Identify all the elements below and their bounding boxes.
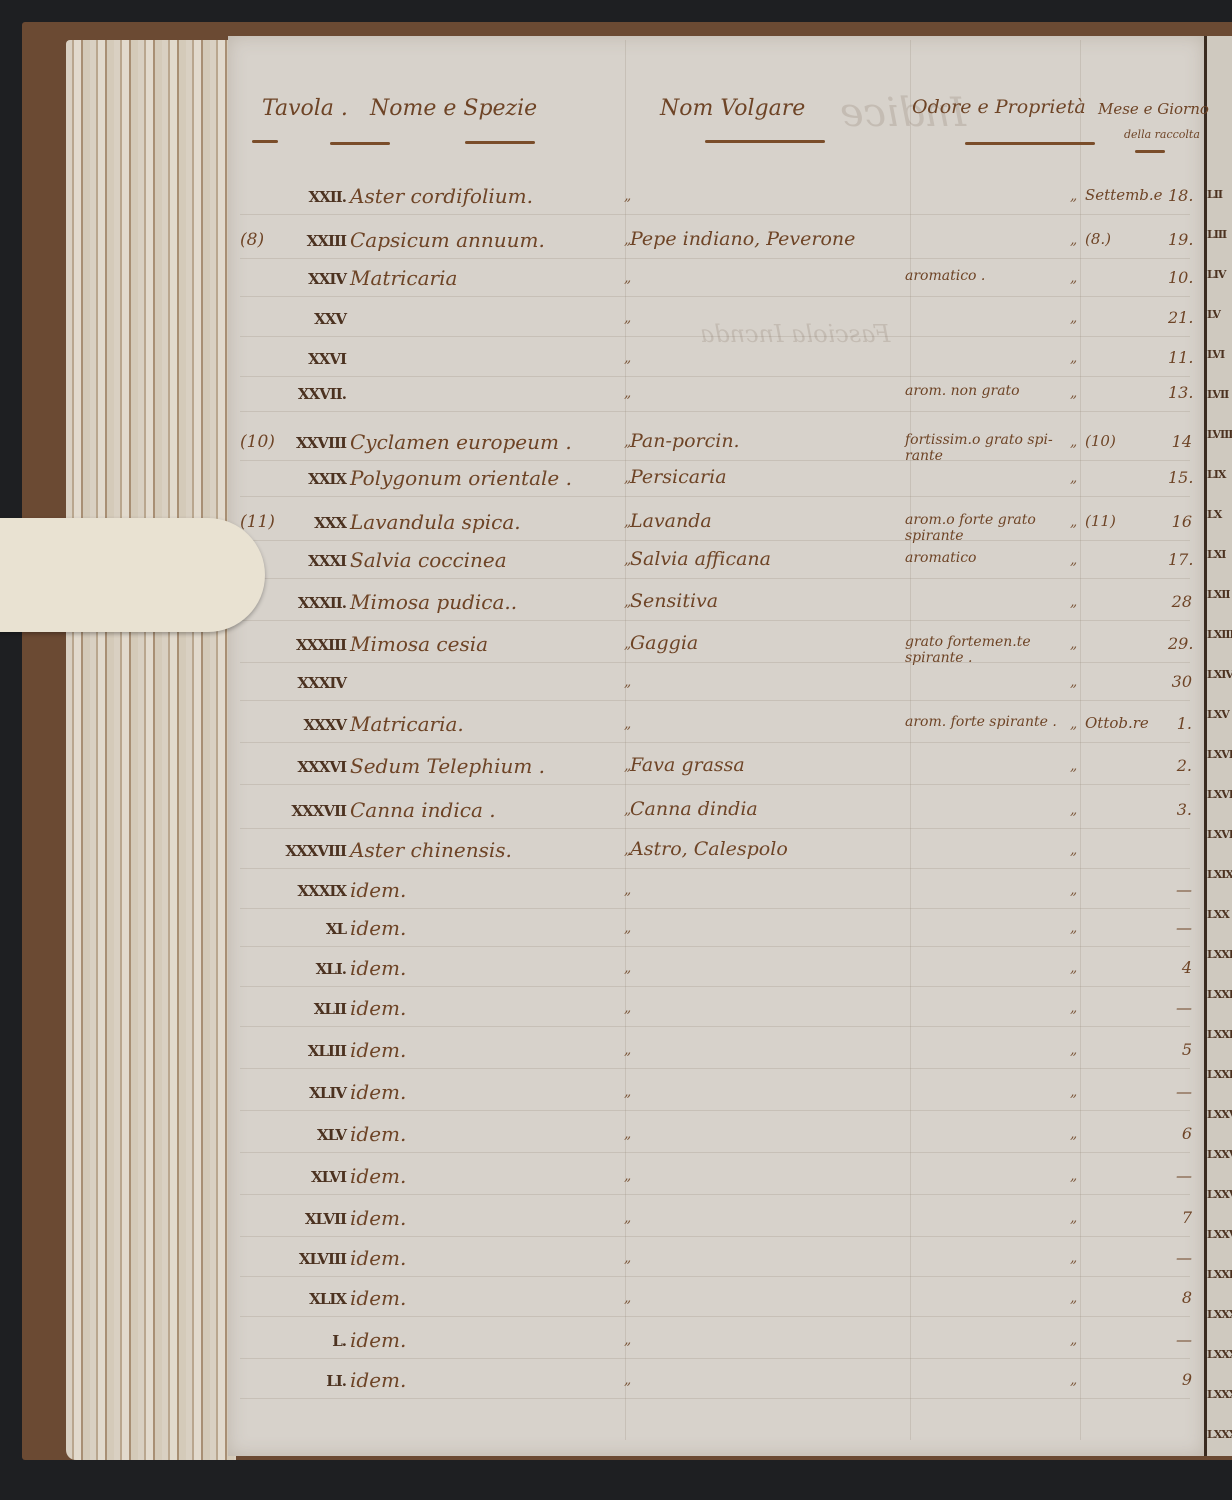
- facing-page-numeral: LVI: [1207, 348, 1224, 361]
- table-row: XLVIIIidem.„„—: [0, 1248, 1232, 1288]
- month: Ottob.re: [1085, 714, 1149, 732]
- facing-page-numeral: LXXIII: [1207, 1028, 1232, 1041]
- table-row: XXIXPolygonum orientale .„Persicaria„15.: [0, 468, 1232, 508]
- ditto-mark: „: [1070, 716, 1077, 732]
- facing-page-numeral: LXVIII: [1207, 828, 1232, 841]
- ditto-mark: „: [1070, 188, 1077, 204]
- facing-page-numeral: LXXVI: [1207, 1148, 1232, 1161]
- plate-number: XXXIX: [236, 882, 346, 900]
- facing-page-numeral: LII: [1207, 188, 1222, 201]
- plate-number: LI.: [236, 1372, 346, 1390]
- facing-page-numeral: LIX: [1207, 468, 1225, 481]
- day: —: [1168, 1330, 1192, 1349]
- ditto-mark: „: [624, 1250, 631, 1266]
- facing-page-numeral: LXXIV: [1207, 1068, 1232, 1081]
- day: 13.: [1168, 383, 1192, 402]
- scientific-name: Canna indica .: [350, 798, 496, 822]
- facing-page-numeral: LXIII: [1207, 628, 1232, 641]
- table-row: XLI.idem.„„4: [0, 958, 1232, 998]
- scientific-name: Aster cordifolium.: [350, 184, 533, 208]
- scientific-name: idem.: [350, 1206, 406, 1230]
- ditto-mark: „: [1070, 1084, 1077, 1100]
- facing-page-numeral: LXII: [1207, 588, 1230, 601]
- table-row: XLIIidem.„„—: [0, 998, 1232, 1038]
- ditto-mark: „: [624, 1126, 631, 1142]
- plate-number: XLI.: [236, 960, 346, 978]
- ditto-mark: „: [1070, 514, 1077, 530]
- day: 10.: [1168, 268, 1192, 287]
- plate-number: XLVII: [236, 1210, 346, 1228]
- day: 30: [1168, 672, 1192, 691]
- ditto-mark: „: [1070, 270, 1077, 286]
- ditto-mark: „: [624, 350, 631, 366]
- ditto-mark: „: [1070, 674, 1077, 690]
- common-name: Fava grassa: [630, 754, 745, 776]
- ditto-mark: „: [1070, 310, 1077, 326]
- facing-page-numeral: LXI: [1207, 548, 1225, 561]
- scientific-name: Lavandula spica.: [350, 510, 521, 534]
- scientific-name: Salvia coccinea: [350, 548, 507, 572]
- facing-page-numeral: LIV: [1207, 268, 1225, 281]
- day: 3.: [1168, 800, 1192, 819]
- facing-page-numeral: LXXXI: [1207, 1348, 1232, 1361]
- scientific-name: idem.: [350, 956, 406, 980]
- ditto-mark: „: [1070, 552, 1077, 568]
- day: 7: [1168, 1208, 1192, 1227]
- facing-page-numeral: LXXI: [1207, 948, 1232, 961]
- facing-page-numeral: LVII: [1207, 388, 1228, 401]
- ditto-mark: „: [1070, 232, 1077, 248]
- facing-page-numeral: LXXV: [1207, 1108, 1232, 1121]
- table-row: XLidem.„„—: [0, 918, 1232, 958]
- scientific-name: idem.: [350, 1122, 406, 1146]
- ditto-mark: „: [1070, 1250, 1077, 1266]
- scientific-name: idem.: [350, 878, 406, 902]
- day: 21.: [1168, 308, 1192, 327]
- plate-number: XXXIII: [236, 636, 346, 654]
- table-row: XXII.Aster cordifolium.„„Settemb.e18.: [0, 186, 1232, 226]
- table-row: XLVidem.„„6: [0, 1124, 1232, 1164]
- day: 17.: [1168, 550, 1192, 569]
- table-row: XXXIIIMimosa cesia„Gaggiagrato fortemen.…: [0, 634, 1232, 674]
- plate-number: XXXVII: [236, 802, 346, 820]
- common-name: Canna dindia: [630, 798, 758, 820]
- header-tavola: Tavola .: [262, 96, 348, 121]
- facing-page-numeral: LXVII: [1207, 788, 1232, 801]
- plate-number: XLIII: [236, 1042, 346, 1060]
- header-underline: [252, 140, 278, 143]
- scientific-name: idem.: [350, 1080, 406, 1104]
- day: 18.: [1168, 186, 1192, 205]
- header-underline: [705, 140, 825, 143]
- ditto-mark: „: [1070, 1372, 1077, 1388]
- plate-number: XLVI: [236, 1168, 346, 1186]
- facing-page-numeral: LXXII: [1207, 988, 1232, 1001]
- facing-page-numeral: LXXIX: [1207, 1268, 1232, 1281]
- facing-page-numeral: LXV: [1207, 708, 1229, 721]
- ditto-mark: „: [624, 920, 631, 936]
- facing-page-numeral: LXXX: [1207, 1308, 1232, 1321]
- facing-page-numeral: LXIX: [1207, 868, 1232, 881]
- table-row: XXV„„21.: [0, 308, 1232, 348]
- table-row: (10)XXVIIICyclamen europeum .„Pan-porcin…: [0, 432, 1232, 472]
- facing-page-numeral: LXVI: [1207, 748, 1232, 761]
- table-row: XXVII.„arom. non grato„13.: [0, 383, 1232, 423]
- plate-number: XLVIII: [236, 1250, 346, 1268]
- ditto-mark: „: [1070, 636, 1077, 652]
- facing-page-numeral: LX: [1207, 508, 1221, 521]
- ditto-mark: „: [624, 1000, 631, 1016]
- day: —: [1168, 918, 1192, 937]
- ditto-mark: „: [1070, 1042, 1077, 1058]
- day: —: [1168, 1166, 1192, 1185]
- table-row: L.idem.„„—: [0, 1330, 1232, 1370]
- plate-number: XXIX: [236, 470, 346, 488]
- table-row: (8)XXIIICapsicum annuum.„Pepe indiano, P…: [0, 230, 1232, 270]
- plate-number: XXXV: [236, 716, 346, 734]
- scientific-name: Cyclamen europeum .: [350, 430, 572, 454]
- header-underline: [965, 142, 1095, 145]
- common-name: Sensitiva: [630, 590, 718, 612]
- scientific-name: idem.: [350, 1286, 406, 1310]
- common-name: Lavanda: [630, 510, 712, 532]
- ditto-mark: „: [1070, 434, 1077, 450]
- day: 5: [1168, 1040, 1192, 1059]
- scientific-name: Capsicum annuum.: [350, 228, 545, 252]
- day: 9: [1168, 1370, 1192, 1389]
- plate-number: XXV: [236, 310, 346, 328]
- scientific-name: Matricaria: [350, 266, 457, 290]
- day: 14: [1168, 432, 1192, 451]
- day: 29.: [1168, 634, 1192, 653]
- ditto-mark: „: [1070, 470, 1077, 486]
- plate-number: XXII.: [236, 188, 346, 206]
- ditto-mark: „: [1070, 350, 1077, 366]
- scientific-name: Mimosa cesia: [350, 632, 488, 656]
- scent-properties: grato fortemen.te spirante .: [905, 634, 1065, 666]
- common-name: Astro, Calespolo: [630, 838, 788, 860]
- day: —: [1168, 1248, 1192, 1267]
- ditto-mark: „: [1070, 960, 1077, 976]
- plate-number: XXXVI: [236, 758, 346, 776]
- day: 4: [1168, 958, 1192, 977]
- ditto-mark: „: [1070, 1332, 1077, 1348]
- day: 16: [1168, 512, 1192, 531]
- plate-number: XXVII.: [236, 385, 346, 403]
- table-row: XLIVidem.„„—: [0, 1082, 1232, 1122]
- plate-number: XXXVIII: [236, 842, 346, 860]
- table-row: XLIXidem.„„8: [0, 1288, 1232, 1328]
- table-row: XXXVISedum Telephium .„Fava grassa„2.: [0, 756, 1232, 796]
- table-row: XXXIV„„30: [0, 672, 1232, 712]
- day: 6: [1168, 1124, 1192, 1143]
- ditto-mark: „: [1070, 1210, 1077, 1226]
- ditto-mark: „: [624, 310, 631, 326]
- scientific-name: idem.: [350, 1328, 406, 1352]
- ditto-mark: „: [624, 1084, 631, 1100]
- ditto-mark: „: [624, 1290, 631, 1306]
- day: 8: [1168, 1288, 1192, 1307]
- ditto-mark: „: [1070, 882, 1077, 898]
- facing-page-numeral: LIII: [1207, 228, 1226, 241]
- day: 28: [1168, 592, 1192, 611]
- ditto-mark: „: [624, 716, 631, 732]
- ditto-mark: „: [624, 1042, 631, 1058]
- facing-page-numeral: LXXVIII: [1207, 1228, 1232, 1241]
- day: 19.: [1168, 230, 1192, 249]
- ditto-mark: „: [1070, 920, 1077, 936]
- ditto-mark: „: [1070, 758, 1077, 774]
- ditto-mark: „: [624, 188, 631, 204]
- ditto-mark: „: [624, 385, 631, 401]
- day: —: [1168, 1082, 1192, 1101]
- ditto-mark: „: [624, 1168, 631, 1184]
- header-odore-proprieta: Odore e Proprietà: [912, 96, 1086, 118]
- plate-number: XLII: [236, 1000, 346, 1018]
- table-row: XXXVMatricaria.„arom. forte spirante .„O…: [0, 714, 1232, 754]
- facing-page-numeral: LXXXIII: [1207, 1428, 1232, 1441]
- ditto-mark: „: [1070, 594, 1077, 610]
- scent-properties: fortissim.o grato spi- rante: [905, 432, 1065, 464]
- plate-number: XLIX: [236, 1290, 346, 1308]
- plate-number: XXIV: [236, 270, 346, 288]
- plate-number: XXIII: [236, 232, 346, 250]
- header-underline: [465, 141, 535, 144]
- common-name: Pepe indiano, Peverone: [630, 228, 855, 250]
- facing-page-numeral: LXXVII: [1207, 1188, 1232, 1201]
- ditto-mark: „: [624, 1372, 631, 1388]
- scientific-name: Sedum Telephium .: [350, 754, 545, 778]
- scientific-name: idem.: [350, 1038, 406, 1062]
- table-row: XXXIXidem.„„—: [0, 880, 1232, 920]
- scent-properties: arom.o forte grato spirante: [905, 512, 1065, 544]
- table-row: XLIIIidem.„„5: [0, 1040, 1232, 1080]
- header-nome-spezie: Nome e Spezie: [370, 96, 537, 121]
- month: (11): [1085, 512, 1116, 530]
- scientific-name: Matricaria.: [350, 712, 464, 736]
- scent-properties: arom. forte spirante .: [905, 714, 1065, 730]
- table-row: XLVIIidem.„„7: [0, 1208, 1232, 1248]
- table-row: XLVIidem.„„—: [0, 1166, 1232, 1206]
- table-row: LI.idem.„„9: [0, 1370, 1232, 1410]
- scientific-name: idem.: [350, 996, 406, 1020]
- facing-page-numeral: LXX: [1207, 908, 1229, 921]
- plate-number: XLIV: [236, 1084, 346, 1102]
- scientific-name: idem.: [350, 1164, 406, 1188]
- day: 2.: [1168, 756, 1192, 775]
- day: 11.: [1168, 348, 1192, 367]
- scent-properties: arom. non grato: [905, 383, 1065, 399]
- scientific-name: idem.: [350, 1246, 406, 1270]
- ditto-mark: „: [624, 960, 631, 976]
- ditto-mark: „: [1070, 1290, 1077, 1306]
- day: —: [1168, 998, 1192, 1017]
- plate-number: XL: [236, 920, 346, 938]
- table-row: XXVI„„11.: [0, 348, 1232, 388]
- ditto-mark: „: [1070, 842, 1077, 858]
- table-row: XXXVIIIAster chinensis.„Astro, Calespolo…: [0, 840, 1232, 880]
- plate-number: XXXIV: [236, 674, 346, 692]
- scientific-name: Polygonum orientale .: [350, 466, 572, 490]
- ditto-mark: „: [624, 1332, 631, 1348]
- facing-page-numeral: LVIII: [1207, 428, 1232, 441]
- facing-page-numeral: LXXXII: [1207, 1388, 1232, 1401]
- day: 15.: [1168, 468, 1192, 487]
- common-name: Gaggia: [630, 632, 698, 654]
- ditto-mark: „: [624, 270, 631, 286]
- scent-properties: aromatico: [905, 550, 1065, 566]
- header-underline: [330, 142, 390, 145]
- ditto-mark: „: [624, 882, 631, 898]
- header-mese-giorno: Mese e Giorno: [1098, 100, 1209, 118]
- scientific-name: Mimosa pudica..: [350, 590, 517, 614]
- common-name: Salvia afficana: [630, 548, 771, 570]
- month: Settemb.e: [1085, 186, 1163, 204]
- plate-number: XXVI: [236, 350, 346, 368]
- ditto-mark: „: [624, 1210, 631, 1226]
- ditto-mark: „: [1070, 1168, 1077, 1184]
- common-name: Pan-porcin.: [630, 430, 740, 452]
- header-raccolta: della raccolta: [1124, 128, 1200, 141]
- plate-number: XXX: [236, 514, 346, 532]
- table-row: XXIVMatricaria„aromatico .„10.: [0, 268, 1232, 308]
- scientific-name: idem.: [350, 916, 406, 940]
- scientific-name: Aster chinensis.: [350, 838, 512, 862]
- month: (10): [1085, 432, 1116, 450]
- ditto-mark: „: [624, 674, 631, 690]
- ditto-mark: „: [1070, 1126, 1077, 1142]
- ditto-mark: „: [1070, 1000, 1077, 1016]
- day: 1.: [1168, 714, 1192, 733]
- ditto-mark: „: [1070, 385, 1077, 401]
- plate-number: XXVIII: [236, 434, 346, 452]
- plate-number: XLV: [236, 1126, 346, 1144]
- header-underline: [1135, 150, 1165, 153]
- facing-page-numeral: LXIV: [1207, 668, 1232, 681]
- scientific-name: idem.: [350, 1368, 406, 1392]
- ditto-mark: „: [1070, 802, 1077, 818]
- day: —: [1168, 880, 1192, 899]
- table-row: XXXVIICanna indica .„Canna dindia„3.: [0, 800, 1232, 840]
- facing-page-numeral: LV: [1207, 308, 1220, 321]
- month: (8.): [1085, 230, 1111, 248]
- header-nom-volgare: Nom Volgare: [660, 96, 805, 121]
- common-name: Persicaria: [630, 466, 727, 488]
- bone-bookmark[interactable]: [0, 518, 265, 632]
- plate-number: L.: [236, 1332, 346, 1350]
- scent-properties: aromatico .: [905, 268, 1065, 284]
